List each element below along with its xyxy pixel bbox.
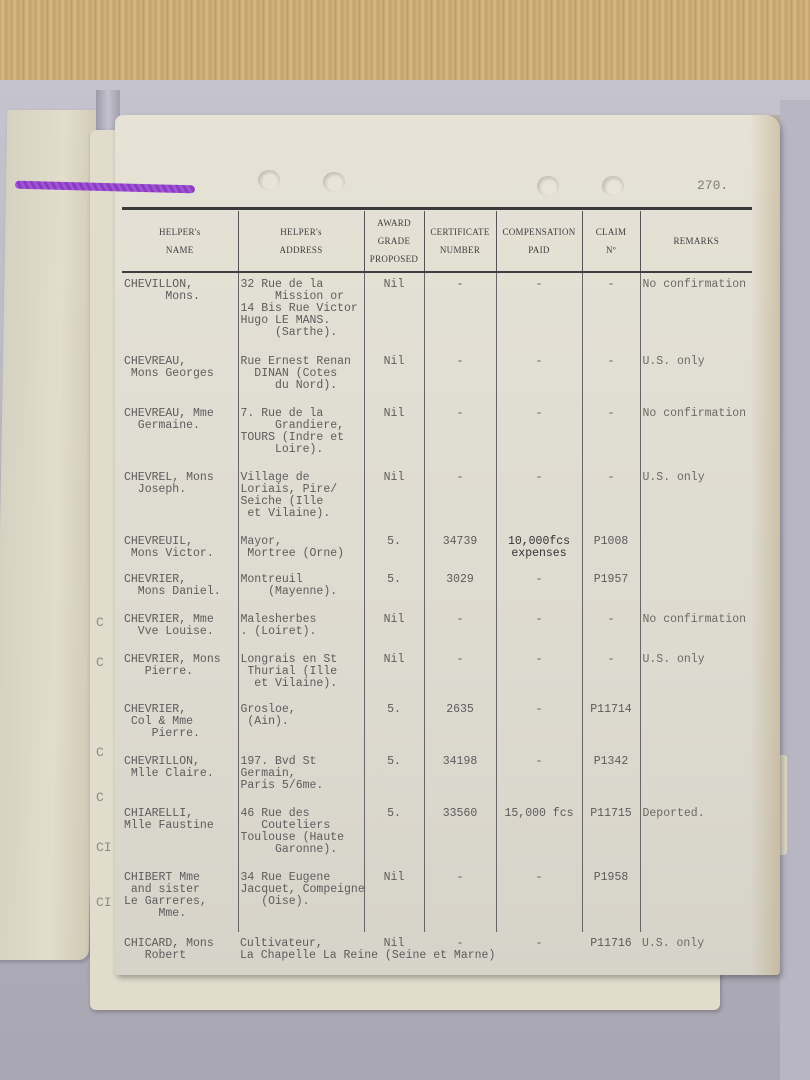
claim-number: P11715 <box>582 802 640 866</box>
remarks <box>640 866 752 932</box>
claim-number: - <box>582 272 640 350</box>
table-row: CHEVREUIL, Mons Victor. Mayor, Mortree (… <box>122 530 752 568</box>
column-header-compensation: COMPENSATION PAID <box>496 211 582 272</box>
table-row: CHEVRIER, Mons Daniel. Montreuil (Mayenn… <box>122 568 752 608</box>
compensation-paid: - <box>496 350 582 402</box>
punch-hole <box>323 172 345 192</box>
table-row: CHEVRIER, Mons Pierre. Longrais en St Th… <box>122 648 752 698</box>
helper-address: Cultivateur, La Chapelle La Reine (Seine… <box>238 932 364 968</box>
table-header-row: HELPER's NAME HELPER's ADDRESS AWARD GRA… <box>122 211 752 272</box>
award-grade: 5. <box>364 802 424 866</box>
table-row: CHEVRILLON, Mlle Claire. 197. Bvd St Ger… <box>122 750 752 802</box>
helpers-table: HELPER's NAME HELPER's ADDRESS AWARD GRA… <box>122 207 752 968</box>
table-row: CHEVRIER, Col & Mme Pierre. Grosloe, (Ai… <box>122 698 752 750</box>
claim-number: P11714 <box>582 698 640 750</box>
claim-number: P1008 <box>582 530 640 568</box>
left-edge-fragment: C <box>96 615 104 630</box>
claim-number: - <box>582 608 640 648</box>
left-edge-fragment: CI <box>96 895 112 910</box>
helper-name: CHEVREL, Mons Joseph. <box>122 466 238 530</box>
folder-right-edge <box>780 100 810 1080</box>
column-header-name: HELPER's NAME <box>122 211 238 272</box>
remarks: No confirmation <box>640 272 752 350</box>
page-number: 270. <box>697 178 728 193</box>
table-row: CHEVILLON, Mons. 32 Rue de la Mission or… <box>122 272 752 350</box>
helper-name: CHEVRIER, Mons Daniel. <box>122 568 238 608</box>
award-grade: Nil <box>364 272 424 350</box>
helper-address: 32 Rue de la Mission or 14 Bis Rue Victo… <box>238 272 364 350</box>
column-header-address: HELPER's ADDRESS <box>238 211 364 272</box>
wooden-table-background <box>0 0 810 86</box>
certificate-number: - <box>424 608 496 648</box>
left-page-stack <box>0 110 103 960</box>
claim-number: P1957 <box>582 568 640 608</box>
compensation-paid: - <box>496 866 582 932</box>
left-edge-fragment: C <box>96 655 104 670</box>
compensation-paid: - <box>496 272 582 350</box>
table-row: CHEVREAU, Mme Germaine. 7. Rue de la Gra… <box>122 402 752 466</box>
award-grade: 5. <box>364 750 424 802</box>
compensation-paid: - <box>496 750 582 802</box>
compensation-paid: - <box>496 932 582 968</box>
helper-name: CHIBERT Mme and sister Le Garreres, Mme. <box>122 866 238 932</box>
certificate-number: - <box>424 350 496 402</box>
helper-name: CHEVREAU, Mons Georges <box>122 350 238 402</box>
remarks <box>640 750 752 802</box>
helper-name: CHIARELLI, Mlle Faustine <box>122 802 238 866</box>
helper-name: CHEVREUIL, Mons Victor. <box>122 530 238 568</box>
remarks: U.S. only <box>640 648 752 698</box>
certificate-number: 34739 <box>424 530 496 568</box>
column-header-remarks: REMARKS <box>640 211 752 272</box>
award-grade: Nil <box>364 466 424 530</box>
award-grade: Nil <box>364 866 424 932</box>
certificate-number: - <box>424 466 496 530</box>
helper-name: CHICARD, Mons Robert <box>122 932 238 968</box>
left-edge-fragment: C <box>96 790 104 805</box>
compensation-paid: - <box>496 648 582 698</box>
certificate-number: 3029 <box>424 568 496 608</box>
claim-number: - <box>582 402 640 466</box>
table-top-rule <box>122 207 752 210</box>
claim-number: P11716 <box>582 932 640 968</box>
award-grade: Nil <box>364 402 424 466</box>
compensation-paid: 15,000 fcs <box>496 802 582 866</box>
claim-number: - <box>582 648 640 698</box>
compensation-paid: - <box>496 402 582 466</box>
helper-address: Rue Ernest Renan DINAN (Cotes du Nord). <box>238 350 364 402</box>
compensation-paid: - <box>496 698 582 750</box>
helper-name: CHEVRIER, Col & Mme Pierre. <box>122 698 238 750</box>
column-header-certificate: CERTIFICATE NUMBER <box>424 211 496 272</box>
helper-address: 7. Rue de la Grandiere, TOURS (Indre et … <box>238 402 364 466</box>
claim-number: P1342 <box>582 750 640 802</box>
certificate-number: 2635 <box>424 698 496 750</box>
remarks: No confirmation <box>640 402 752 466</box>
certificate-number: 33560 <box>424 802 496 866</box>
remarks: U.S. only <box>640 466 752 530</box>
award-grade: 5. <box>364 698 424 750</box>
compensation-paid: 10,000fcs expenses <box>496 530 582 568</box>
certificate-number: - <box>424 402 496 466</box>
helper-name: CHEVRIER, Mme Vve Louise. <box>122 608 238 648</box>
helper-name: CHEVRILLON, Mlle Claire. <box>122 750 238 802</box>
remarks: No confirmation <box>640 608 752 648</box>
helper-name: CHEVREAU, Mme Germaine. <box>122 402 238 466</box>
remarks: Deported. <box>640 802 752 866</box>
certificate-number: 34198 <box>424 750 496 802</box>
claim-number: - <box>582 350 640 402</box>
table-row: CHIBERT Mme and sister Le Garreres, Mme.… <box>122 866 752 932</box>
helper-address: Mayor, Mortree (Orne) <box>238 530 364 568</box>
helper-address: 197. Bvd St Germain, Paris 5/6me. <box>238 750 364 802</box>
claim-number: - <box>582 466 640 530</box>
helper-name: CHEVILLON, Mons. <box>122 272 238 350</box>
certificate-number: - <box>424 648 496 698</box>
award-grade: Nil <box>364 648 424 698</box>
left-edge-fragment: C <box>96 745 104 760</box>
helper-address: Longrais en St Thurial (Ille et Vilaine)… <box>238 648 364 698</box>
certificate-number: - <box>424 866 496 932</box>
award-grade: Nil <box>364 608 424 648</box>
helper-name: CHEVRIER, Mons Pierre. <box>122 648 238 698</box>
compensation-paid: - <box>496 466 582 530</box>
certificate-number: - <box>424 272 496 350</box>
helper-address: 46 Rue des Couteliers Toulouse (Haute Ga… <box>238 802 364 866</box>
helper-address: 34 Rue Eugene Jacquet, Compeigne (Oise). <box>238 866 364 932</box>
remarks <box>640 698 752 750</box>
remarks <box>640 530 752 568</box>
award-grade: 5. <box>364 530 424 568</box>
table-row: CHEVRIER, Mme Vve Louise. Malesherbes . … <box>122 608 752 648</box>
column-header-claim: CLAIM Nº <box>582 211 640 272</box>
helper-address: Montreuil (Mayenne). <box>238 568 364 608</box>
column-header-award: AWARD GRADE PROPOSED <box>364 211 424 272</box>
helper-address: Malesherbes . (Loiret). <box>238 608 364 648</box>
compensation-paid: - <box>496 568 582 608</box>
award-grade: 5. <box>364 568 424 608</box>
punch-hole <box>258 170 280 190</box>
punch-hole <box>602 176 624 196</box>
compensation-paid: - <box>496 608 582 648</box>
helper-address: Grosloe, (Ain). <box>238 698 364 750</box>
table-row: CHEVREAU, Mons Georges Rue Ernest Renan … <box>122 350 752 402</box>
remarks <box>640 568 752 608</box>
table-row: CHICARD, Mons Robert Cultivateur, La Cha… <box>122 932 752 968</box>
punch-hole <box>537 176 559 196</box>
claim-number: P1958 <box>582 866 640 932</box>
table-row: CHEVREL, Mons Joseph. Village de Loriais… <box>122 466 752 530</box>
table-row: CHIARELLI, Mlle Faustine 46 Rue des Cout… <box>122 802 752 866</box>
remarks: U.S. only <box>640 350 752 402</box>
helper-address: Village de Loriais, Pire/ Seiche (Ille e… <box>238 466 364 530</box>
remarks: U.S. only <box>640 932 752 968</box>
left-edge-fragment: CI <box>96 840 112 855</box>
award-grade: Nil <box>364 350 424 402</box>
